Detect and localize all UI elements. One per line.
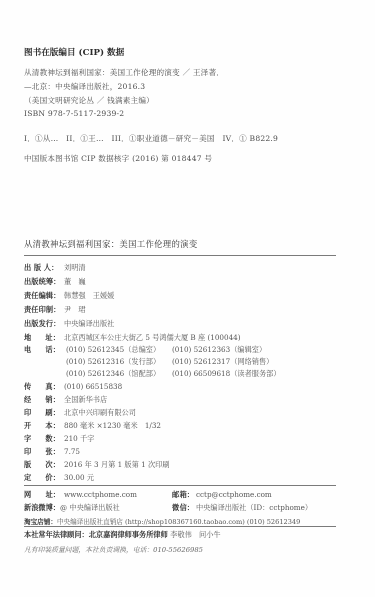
title-divider <box>24 255 336 256</box>
label-char: 价： <box>45 473 60 483</box>
label-char: 址： <box>46 490 60 500</box>
value: 韩慧强 王媛媛 <box>64 291 114 301</box>
value: 30.00 元 <box>64 473 94 483</box>
row-editors: 责任编辑： 韩慧强 王媛媛 <box>24 291 114 301</box>
row-email: 邮 箱： cctp@cctphome.com <box>172 490 272 500</box>
value: 中央编译出版社 <box>64 319 114 329</box>
phone-library-sales: (010) 52612346（馆配部） <box>66 369 160 379</box>
label-char: 经 <box>24 395 31 405</box>
contacts-divider <box>24 526 336 527</box>
label: 经 销： <box>24 395 60 405</box>
row-website: 网 址： www.cctphome.com <box>24 490 137 500</box>
label: 网 址： <box>24 490 60 500</box>
label-char: 定 <box>24 473 31 483</box>
row-fax: 传 真： (010) 66515838 <box>24 382 122 392</box>
legal-counsel: 本社常年法律顾问：北京嘉润律师事务所律师 李敬伟 问小牛 <box>24 530 221 540</box>
row-word-count: 字 数： 210 千字 <box>24 434 94 444</box>
value: (010) 66515838 <box>64 382 122 391</box>
value: 210 千字 <box>64 434 94 444</box>
row-format: 开 本： 880 毫米 ×1230 毫米 1/32 <box>24 421 161 431</box>
label-char: 网 <box>24 490 31 500</box>
legal-counsel-label: 本社常年法律顾问：北京嘉润律师事务所律师 <box>24 530 168 539</box>
label: 出 版 人： <box>24 263 64 273</box>
cip-series-line: （美国文明研究论丛 ／ 钱满素主编） <box>24 95 154 106</box>
cip-title-line: 从清教神坛到福利国家：美国工作伦理的演变 ／ 王泽著． <box>24 67 224 78</box>
info-divider <box>24 485 336 486</box>
row-edition: 版 次： 2016 年 3 月第 1 版第 1 次印刷 <box>24 460 170 470</box>
quality-notice: 凡有印装质量问题，本社负责调换，电话：010-55626985 <box>24 544 203 554</box>
phone-editorial-office: (010) 52612345（总编室） <box>66 345 160 355</box>
cip-publisher-line: —北京：中央编译出版社，2016.3 <box>24 81 145 92</box>
phone-editorial-room: (010) 52612363（编辑室） <box>172 345 266 355</box>
wechat-account[interactable]: 中央编译出版社（ID：cctphome） <box>196 503 312 513</box>
label: 电 话： <box>24 345 60 355</box>
label: 传 真： <box>24 382 60 392</box>
value: 尹 珺 <box>64 305 86 315</box>
label-char: 数： <box>45 434 60 444</box>
cip-classification: I．①从… II．①王… III．①职业道德－研究－美国 IV．① B822.9 <box>24 133 278 144</box>
label: 责任印制： <box>24 305 64 315</box>
cip-approval: 中国版本图书馆 CIP 数据核字 (2016) 第 018447 号 <box>24 153 212 164</box>
label-char: 次： <box>45 460 60 470</box>
label-char: 版 <box>24 460 31 470</box>
label: 新浪微博： <box>24 503 60 513</box>
email-link[interactable]: cctp@cctphome.com <box>196 490 272 499</box>
row-distributor: 出版发行： 中央编译出版社 <box>24 319 114 329</box>
label: 出版发行： <box>24 319 64 329</box>
label-char: 电 <box>24 345 31 355</box>
label: 定 价： <box>24 473 60 483</box>
label-char: 销： <box>45 395 60 405</box>
label: 地 址： <box>24 333 60 343</box>
label: 出版统筹： <box>24 277 64 287</box>
row-price: 定 价： 30.00 元 <box>24 473 94 483</box>
label-char: 开 <box>24 421 31 431</box>
label: 字 数： <box>24 434 60 444</box>
label: 责任编辑： <box>24 291 64 301</box>
weibo-account[interactable]: @ 中央编译出版社 <box>60 503 120 513</box>
value: 2016 年 3 月第 1 版第 1 次印刷 <box>64 460 170 470</box>
website-link[interactable]: www.cctphome.com <box>64 490 137 499</box>
row-sheets: 印 张： 7.75 <box>24 447 80 457</box>
value: 全国新华书店 <box>64 395 107 405</box>
book-title: 从清教神坛到福利国家：美国工作伦理的演变 <box>24 238 198 250</box>
label-char: 话： <box>45 345 60 355</box>
value: 7.75 <box>64 447 80 456</box>
value: 董 巍 <box>64 277 86 287</box>
row-taobao: 淘宝店铺： 中央编译出版社直销店 (http://shop108367160.t… <box>24 516 300 526</box>
row-wechat: 微 信： 中央编译出版社（ID：cctphome） <box>172 503 312 513</box>
cip-isbn-line: ISBN 978-7-5117-2939-2 <box>24 109 124 118</box>
value: 880 毫米 ×1230 毫米 1/32 <box>64 421 161 431</box>
row-weibo: 新浪微博： @ 中央编译出版社 <box>24 503 120 513</box>
label-char: 字 <box>24 434 31 444</box>
row-print-supervisor: 责任印制： 尹 珺 <box>24 305 86 315</box>
label-char: 印 <box>24 447 31 457</box>
label: 淘宝店铺： <box>24 516 57 526</box>
taobao-store-link[interactable]: 中央编译出版社直销店 (http://shop108367160.taobao.… <box>57 516 300 526</box>
label-char: 本： <box>45 421 60 431</box>
value: 北京中兴印刷有限公司 <box>64 408 136 418</box>
label: 微 信： <box>172 503 194 513</box>
label: 印 刷： <box>24 408 60 418</box>
cip-heading: 图书在版编目 (CIP) 数据 <box>24 46 124 58</box>
label-char: 真： <box>45 382 60 392</box>
label-char: 邮 <box>172 490 179 500</box>
label-char: 微 <box>172 503 179 513</box>
label-char: 信： <box>180 503 194 513</box>
row-phone-label: 电 话： <box>24 345 64 355</box>
row-publishing-coordinator: 出版统筹： 董 巍 <box>24 277 86 287</box>
phone-online-sales: (010) 52612317（网络销售） <box>172 357 273 367</box>
label-char: 址： <box>45 333 60 343</box>
label: 版 次： <box>24 460 60 470</box>
legal-counsel-names: 李敬伟 问小牛 <box>170 530 220 539</box>
row-address: 地 址： 北京西城区车公庄大街乙 5 号鸿儒大厦 B 座 (100044) <box>24 333 241 343</box>
row-printer: 印 刷： 北京中兴印刷有限公司 <box>24 408 136 418</box>
value: 北京西城区车公庄大街乙 5 号鸿儒大厦 B 座 (100044) <box>64 333 241 343</box>
value: 刘明清 <box>64 263 86 273</box>
label-char: 刷： <box>45 408 60 418</box>
label: 邮 箱： <box>172 490 194 500</box>
label: 印 张： <box>24 447 60 457</box>
phone-reader-service: (010) 66509618（读者服务部） <box>172 369 281 379</box>
label-char: 地 <box>24 333 31 343</box>
label-char: 箱： <box>180 490 194 500</box>
label-char: 传 <box>24 382 31 392</box>
label-char: 张： <box>45 447 60 457</box>
label-char: 印 <box>24 408 31 418</box>
label: 开 本： <box>24 421 60 431</box>
row-dealer: 经 销： 全国新华书店 <box>24 395 107 405</box>
phone-distribution: (010) 52612316（发行部） <box>66 357 160 367</box>
row-publisher-person: 出 版 人： 刘明清 <box>24 263 86 273</box>
copyright-page: 图书在版编目 (CIP) 数据 从清教神坛到福利国家：美国工作伦理的演变 ／ 王… <box>0 0 375 597</box>
